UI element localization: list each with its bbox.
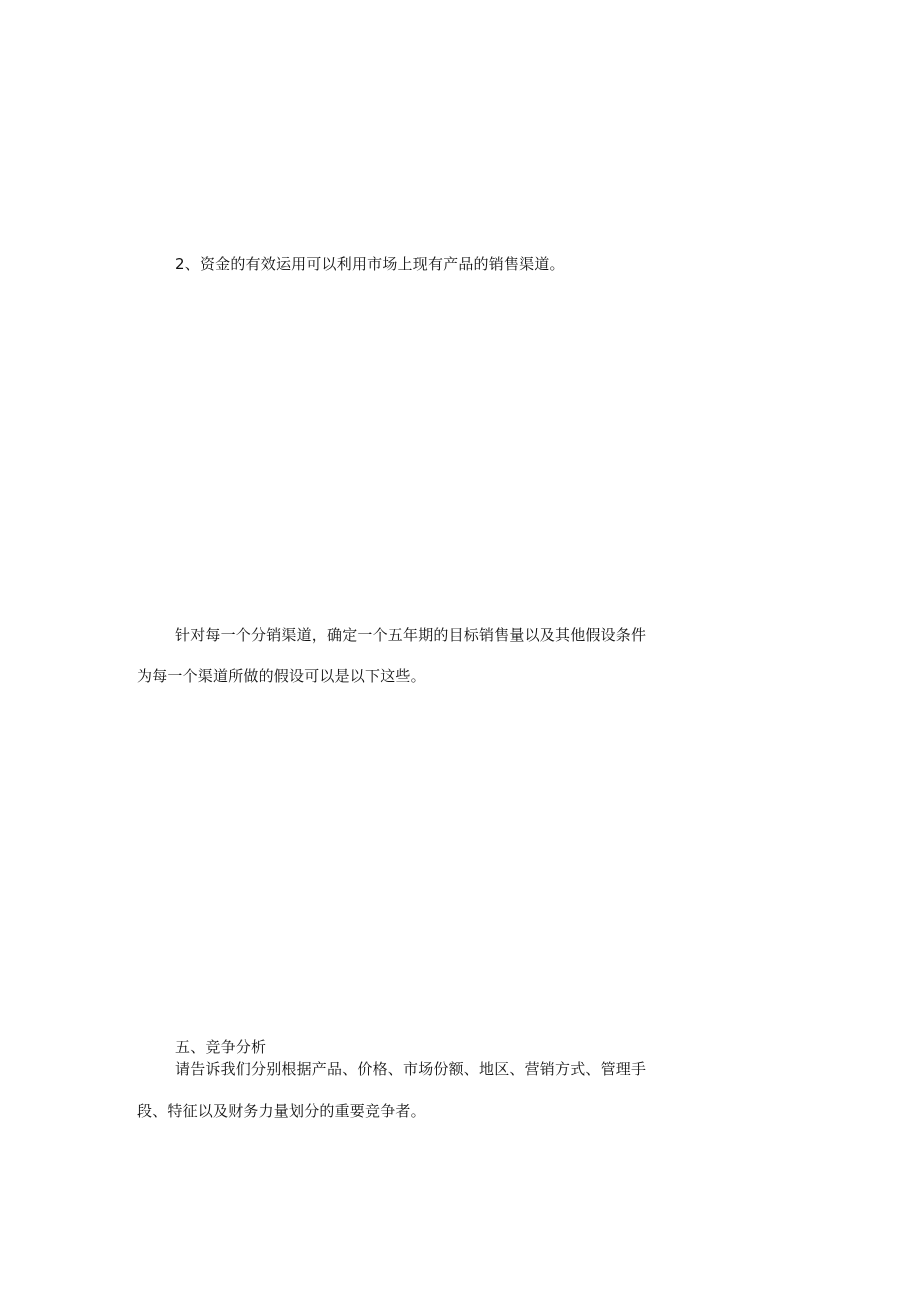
paragraph-competitors-line-1: 请告诉我们分别根据产品、价格、市场份额、地区、营销方式、管理手: [175, 1060, 646, 1078]
paragraph-distribution-channel-line-1: 针对每一个分销渠道，确定一个五年期的目标销售量以及其他假设条件: [175, 626, 646, 644]
section-heading-competition-analysis: 五、竞争分析: [175, 1038, 266, 1056]
paragraph-competitors-line-2: 段、特征以及财务力量划分的重要竞争者。: [137, 1102, 426, 1120]
paragraph-distribution-channel-line-2: 为每一个渠道所做的假设可以是以下这些。: [137, 667, 426, 685]
paragraph-capital-use: 2、资金的有效运用可以利用市场上现有产品的销售渠道。: [175, 255, 565, 273]
